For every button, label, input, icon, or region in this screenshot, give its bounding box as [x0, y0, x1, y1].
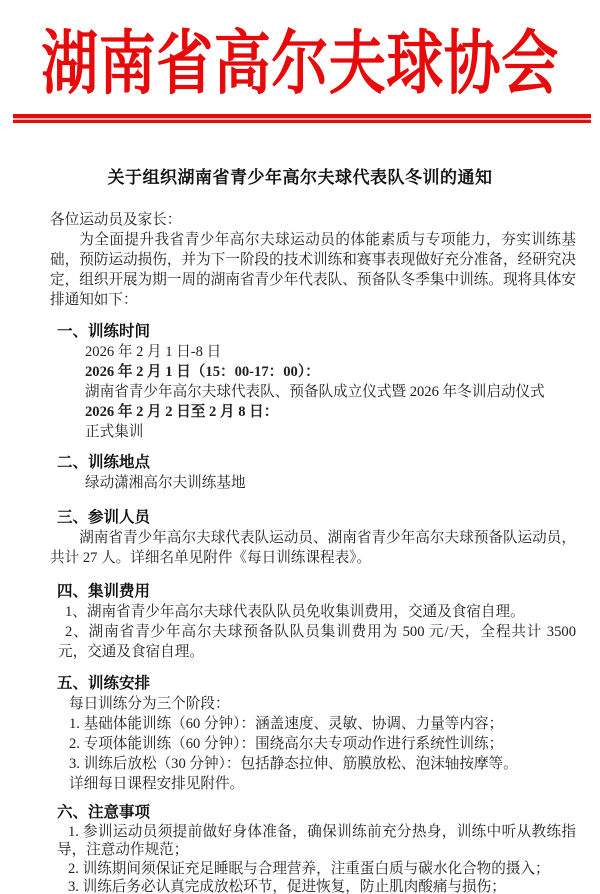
- section-heading: 四、集训费用: [57, 582, 576, 602]
- text-line: 绿动潇湘高尔夫训练基地: [85, 473, 576, 493]
- section-training-time: 一、训练时间 2026 年 2 月 1 日-8 日 2026 年 2 月 1 日…: [50, 322, 576, 442]
- section-heading: 六、注意事项: [57, 803, 576, 823]
- section-fees: 四、集训费用 1、湖南省青少年高尔夫球代表队队员免收集训费用，交通及食宿自理。 …: [50, 582, 576, 662]
- text-line: 每日训练分为三个阶段：: [69, 694, 576, 714]
- text-line: 2026 年 2 月 2 日至 2 月 8 日：: [85, 402, 576, 422]
- section-heading: 三、参训人员: [57, 508, 576, 528]
- section-notes: 六、注意事项 1. 参训运动员须提前做好身体准备，确保训练前充分热身，训练中听从…: [50, 803, 576, 894]
- text-line: 详细每日课程安排见附件。: [69, 774, 576, 794]
- section-training-plan: 五、训练安排 每日训练分为三个阶段： 1. 基础体能训练（60 分钟）：涵盖速度…: [50, 674, 576, 794]
- org-masthead: 湖南省高尔夫球协会: [0, 20, 600, 110]
- section-heading: 二、训练地点: [57, 453, 576, 473]
- section-heading: 一、训练时间: [57, 322, 576, 342]
- text-paragraph: 湖南省青少年高尔夫球代表队运动员、湖南省青少年高尔夫球预备队运动员，共计 27 …: [50, 528, 576, 568]
- intro-paragraph: 为全面提升我省青少年高尔夫球运动员的体能素质与专项能力，夯实训练基础，预防运动损…: [50, 230, 576, 310]
- list-item: 3. 训练后放松（30 分钟）：包括静态拉伸、筋膜放松、泡沫轴按摩等。: [69, 754, 576, 774]
- masthead-divider: [13, 114, 591, 123]
- document-page: 湖南省高尔夫球协会 关于组织湖南省青少年高尔夫球代表队冬训的通知 各位运动员及家…: [0, 0, 600, 894]
- section-participants: 三、参训人员 湖南省青少年高尔夫球代表队运动员、湖南省青少年高尔夫球预备队运动员…: [50, 508, 576, 568]
- list-item: 3. 训练后务必认真完成放松环节，促进恢复，防止肌肉酸痛与损伤；: [57, 878, 576, 894]
- text-line: 湖南省青少年高尔夫球代表队、预备队成立仪式暨 2026 年冬训启动仪式: [85, 382, 576, 402]
- list-item: 1、湖南省青少年高尔夫球代表队队员免收集训费用，交通及食宿自理。: [58, 602, 576, 622]
- list-item: 1. 参训运动员须提前做好身体准备，确保训练前充分热身，训练中听从教练指导，注意…: [57, 823, 576, 860]
- letterhead: 湖南省高尔夫球协会: [0, 28, 600, 123]
- section-training-location: 二、训练地点 绿动潇湘高尔夫训练基地: [50, 453, 576, 493]
- text-line: 2026 年 2 月 1 日-8 日: [85, 342, 576, 362]
- document-title: 关于组织湖南省青少年高尔夫球代表队冬训的通知: [0, 166, 600, 190]
- list-item: 2. 专项体能训练（60 分钟）：围绕高尔夫专项动作进行系统性训练；: [69, 734, 576, 754]
- list-item: 1. 基础体能训练（60 分钟）：涵盖速度、灵敏、协调、力量等内容；: [69, 714, 576, 734]
- salutation: 各位运动员及家长：: [50, 210, 576, 230]
- text-line: 正式集训: [85, 422, 576, 442]
- divider-thin-line: [13, 120, 591, 123]
- list-item: 2、湖南省青少年高尔夫球预备队队员集训费用为 500 元/天，全程共计 3500…: [58, 622, 576, 662]
- section-heading: 五、训练安排: [57, 674, 576, 694]
- text-line: 2026 年 2 月 1 日（15：00-17：00）：: [85, 362, 576, 382]
- document-body: 各位运动员及家长： 为全面提升我省青少年高尔夫球运动员的体能素质与专项能力，夯实…: [50, 210, 576, 894]
- list-item: 2. 训练期间须保证充足睡眠与合理营养，注重蛋白质与碳水化合物的摄入；: [57, 860, 576, 879]
